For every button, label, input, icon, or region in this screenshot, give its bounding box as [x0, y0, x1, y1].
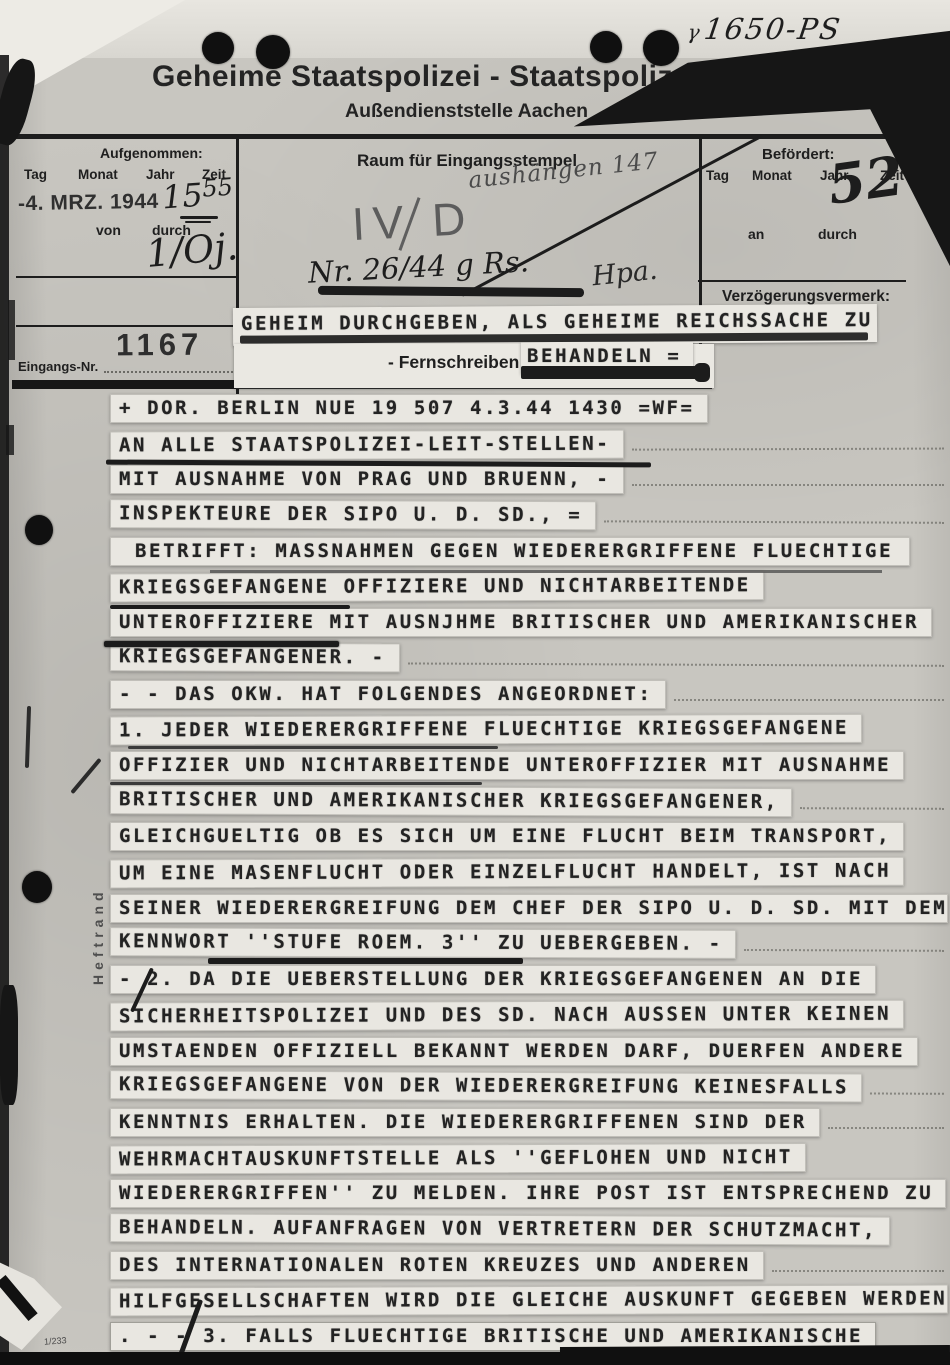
- telegram-line: - - DAS OKW. HAT FOLGENDES ANGEORDNET:: [111, 681, 665, 708]
- telegram-row: KENNWORT ''STUFE ROEM. 3'' ZU UEBERGEBEN…: [110, 927, 948, 961]
- telegram-line: WIEDERERGRIFFEN'' ZU MELDEN. IHRE POST I…: [111, 1180, 945, 1207]
- dotted-rule-tail: [800, 807, 944, 810]
- telegram-row: MIT AUSNAHME VON PRAG UND BRUENN, -: [110, 465, 948, 495]
- pen-underline-offizier: [110, 782, 482, 785]
- telegram-line: UM EINE MASENFLUCHT ODER EINZELFLUCHT HA…: [111, 858, 903, 888]
- dotted-rule-tail: [828, 1127, 944, 1129]
- telegram-row: KRIEGSGEFANGENER. -: [110, 642, 948, 676]
- telegram-row: SEINER WIEDERERGREIFUNG DEM CHEF DER SIP…: [110, 894, 948, 924]
- telegram-line: MIT AUSNAHME VON PRAG UND BRUENN, -: [111, 466, 623, 493]
- telegram-row: UNTEROFFIZIERE MIT AUSNJHME BRITISCHER U…: [110, 608, 948, 638]
- hole-punch: [256, 35, 290, 69]
- scan-edge-mark: [8, 300, 15, 360]
- telegram-line: WEHRMACHTAUSKUNFTSTELLE ALS ''GEFLOHEN U…: [111, 1144, 805, 1173]
- telegram-row: INSPEKTEURE DER SIPO U. D. SD., =: [110, 499, 948, 533]
- hole-punch: [202, 32, 234, 64]
- telegram-row: KENNTNIS ERHALTEN. DIE WIEDERERGRIFFENEN…: [110, 1108, 948, 1138]
- telegram-row: - - DAS OKW. HAT FOLGENDES ANGEORDNET:: [110, 680, 948, 710]
- dotted-rule-tail: [772, 1270, 944, 1272]
- scan-edge-mark: [6, 425, 14, 455]
- telegram-row: + DOR. BERLIN NUE 19 507 4.3.44 1430 =WF…: [110, 394, 948, 424]
- telegram-row: UM EINE MASENFLUCHT ODER EINZELFLUCHT HA…: [110, 857, 948, 890]
- telegram-row: DES INTERNATIONALEN ROTEN KREUZES UND AN…: [110, 1251, 948, 1281]
- telegram-line: SICHERHEITSPOLIZEI UND DES SD. NACH AUSS…: [111, 1001, 903, 1031]
- telegram-line: BRITISCHER UND AMERIKANISCHER KRIEGSGEFA…: [111, 786, 791, 816]
- telegram-line: DES INTERNATIONALEN ROTEN KREUZES UND AN…: [111, 1252, 763, 1279]
- telegram-body: + DOR. BERLIN NUE 19 507 4.3.44 1430 =WF…: [0, 0, 950, 1365]
- hole-punch: [643, 30, 679, 66]
- telegram-row: WEHRMACHTAUSKUNFTSTELLE ALS ''GEFLOHEN U…: [110, 1143, 948, 1176]
- telegram-line: SEINER WIEDERERGREIFUNG DEM CHEF DER SIP…: [111, 895, 947, 922]
- telegram-row: WIEDERERGRIFFEN'' ZU MELDEN. IHRE POST I…: [110, 1179, 948, 1209]
- telegram-line: BETRIFFT: MASSNAHMEN GEGEN WIEDERERGRIFF…: [111, 538, 909, 565]
- telegram-row: BETRIFFT: MASSNAHMEN GEGEN WIEDERERGRIFF…: [110, 537, 948, 567]
- pen-underline-stamp-2: [521, 366, 709, 379]
- telegram-row: AN ALLE STAATSPOLIZEI-LEIT-STELLEN-: [110, 429, 948, 462]
- scan-edge-bottom-right: [560, 1345, 950, 1365]
- telegram-line: BEHANDELN. AUFANFRAGEN VON VERTRETERN DE…: [111, 1214, 889, 1244]
- form-print-code: 1/233: [44, 1335, 67, 1347]
- scan-edge-blob: [0, 985, 18, 1105]
- telegram-row: KRIEGSGEFANGENE OFFIZIERE UND NICHTARBEI…: [110, 571, 948, 604]
- pen-underline-time: [180, 216, 218, 219]
- telegram-line: KRIEGSGEFANGENE VON DER WIEDERERGREIFUNG…: [111, 1071, 861, 1101]
- telegram-row: 1. JEDER WIEDERERGRIFFENE FLUECHTIGE KRI…: [110, 714, 948, 747]
- dotted-rule-tail: [604, 520, 944, 523]
- telegram-line: KRIEGSGEFANGENER. -: [111, 643, 399, 671]
- telegram-line: GLEICHGUELTIG OB ES SICH UM EINE FLUCHT …: [111, 823, 903, 850]
- pen-underline-jeder-wiederergriffene: [128, 746, 498, 749]
- telegram-line: INSPEKTEURE DER SIPO U. D. SD., =: [111, 500, 595, 529]
- dotted-rule-tail: [674, 699, 944, 701]
- telegram-line: 1. JEDER WIEDERERGRIFFENE FLUECHTIGE KRI…: [111, 715, 861, 745]
- pen-underline-unteroffiziere: [104, 641, 339, 647]
- pen-blob: [694, 363, 710, 382]
- hole-punch: [590, 31, 622, 63]
- telegram-row: BEHANDELN. AUFANFRAGEN VON VERTRETERN DE…: [110, 1213, 948, 1247]
- telegram-row: GLEICHGUELTIG OB ES SICH UM EINE FLUCHT …: [110, 822, 948, 852]
- telegram-line: UMSTAENDEN OFFIZIELL BEKANNT WERDEN DARF…: [111, 1038, 917, 1065]
- scan-edge-left: [0, 55, 9, 1365]
- telegram-row: UMSTAENDEN OFFIZIELL BEKANNT WERDEN DARF…: [110, 1037, 948, 1067]
- exhibit-pen-mark: γ: [686, 20, 701, 44]
- hole-punch-left: [25, 515, 53, 545]
- dotted-rule-tail: [870, 1092, 944, 1094]
- pen-underline-time-2: [185, 221, 211, 223]
- pen-underline-kriegsgefangene: [110, 605, 350, 609]
- telegram-line: KENNWORT ''STUFE ROEM. 3'' ZU UEBERGEBEN…: [111, 928, 735, 958]
- telegram-line: - 2. DA DIE UEBERSTELLUNG DER KRIEGSGEFA…: [111, 966, 875, 993]
- telegram-row: SICHERHEITSPOLIZEI UND DES SD. NACH AUSS…: [110, 1000, 948, 1033]
- telegram-row: BRITISCHER UND AMERIKANISCHER KRIEGSGEFA…: [110, 785, 948, 819]
- telegram-row: - 2. DA DIE UEBERSTELLUNG DER KRIEGSGEFA…: [110, 965, 948, 995]
- pencil-underline-subject: [210, 570, 882, 573]
- exhibit-number: 1650-PS: [702, 12, 844, 46]
- dotted-rule-tail: [632, 448, 944, 451]
- telegram-row: HILFGESELLSCHAFTEN WIRD DIE GLEICHE AUSK…: [110, 1285, 948, 1318]
- telegram-line: OFFIZIER UND NICHTARBEITENDE UNTEROFFIZI…: [111, 752, 903, 779]
- hole-punch-left: [22, 871, 52, 903]
- exhibit-number-handwritten: γ 1650-PS: [686, 12, 844, 46]
- dotted-rule-tail: [408, 662, 944, 666]
- telegram-line: KENNTNIS ERHALTEN. DIE WIEDERERGRIFFENEN…: [111, 1109, 819, 1136]
- telegram-line: + DOR. BERLIN NUE 19 507 4.3.44 1430 =WF…: [111, 395, 707, 422]
- scanned-document-page: Geheime Staatspolizei - Staatspolizeiste…: [0, 0, 950, 1365]
- pen-underline-stufe-roem-3: [208, 958, 523, 964]
- telegram-line: HILFGESELLSCHAFTEN WIRD DIE GLEICHE AUSK…: [111, 1286, 947, 1316]
- telegram-line: AN ALLE STAATSPOLIZEI-LEIT-STELLEN-: [111, 431, 623, 460]
- dotted-rule-tail: [632, 484, 944, 486]
- dotted-rule-tail: [744, 949, 944, 952]
- telegram-line: KRIEGSGEFANGENE OFFIZIERE UND NICHTARBEI…: [111, 572, 763, 601]
- telegram-line: UNTEROFFIZIERE MIT AUSNJHME BRITISCHER U…: [111, 609, 931, 636]
- telegram-row: KRIEGSGEFANGENE VON DER WIEDERERGREIFUNG…: [110, 1070, 948, 1104]
- telegram-row: OFFIZIER UND NICHTARBEITENDE UNTEROFFIZI…: [110, 751, 948, 781]
- binding-margin-label: Heftrand: [90, 795, 110, 985]
